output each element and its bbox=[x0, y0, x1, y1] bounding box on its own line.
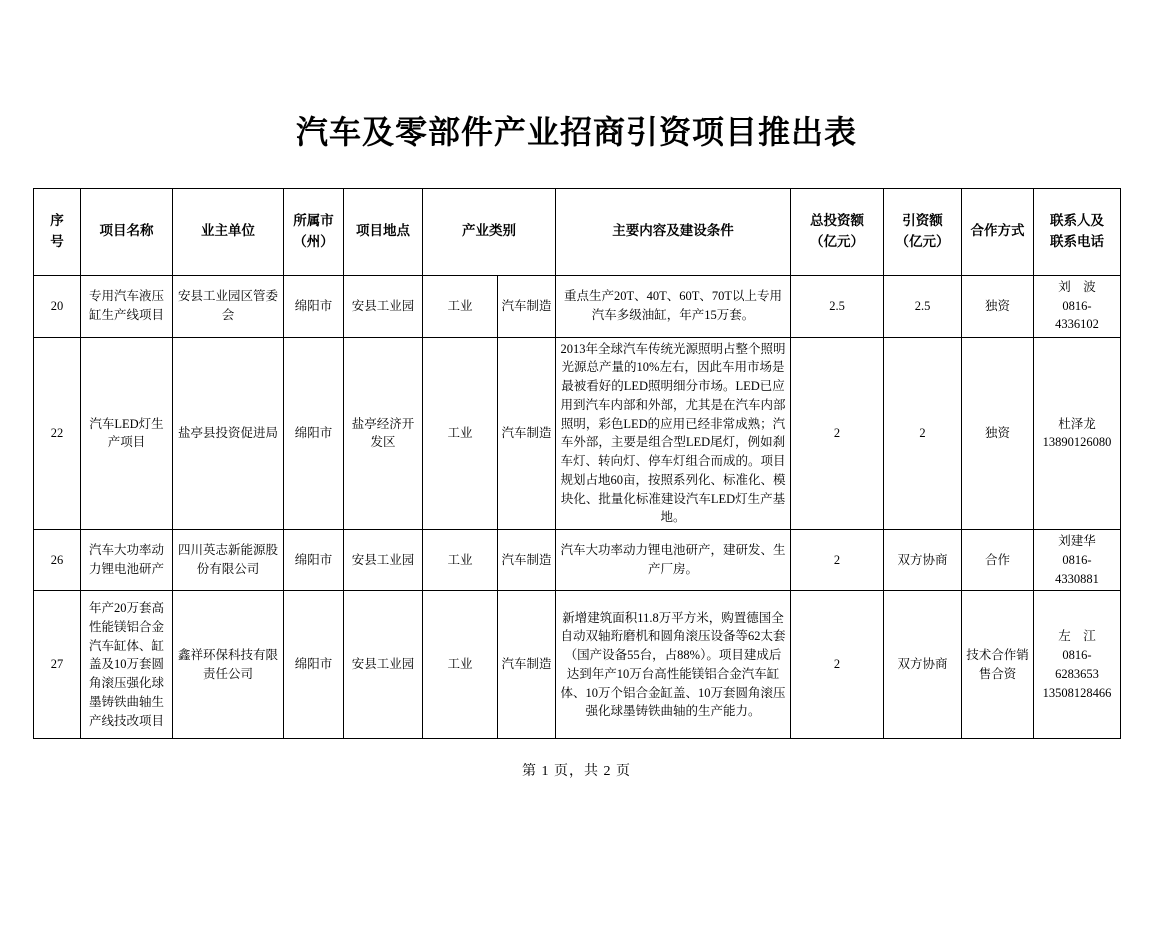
cell-project-name: 汽车大功率动力锂电池研产 bbox=[81, 530, 173, 591]
document-page: 汽车及零部件产业招商引资项目推出表 序 号 项目名称 业主单位 所属市 （州） … bbox=[33, 112, 1120, 780]
cell-city: 绵阳市 bbox=[284, 337, 344, 530]
cell-industry-category: 工业 bbox=[423, 530, 498, 591]
cell-total-investment: 2 bbox=[791, 591, 884, 739]
cell-location: 安县工业园 bbox=[344, 275, 423, 337]
cell-main-content: 汽车大功率动力锂电池研产，建研发、生产厂房。 bbox=[556, 530, 791, 591]
cell-industry-sector: 汽车制造 bbox=[498, 337, 556, 530]
cell-owner-unit: 安县工业园区管委会 bbox=[173, 275, 284, 337]
cell-attracted-investment: 2.5 bbox=[884, 275, 962, 337]
table-row-project-27: 27 年产20万套高性能镁铝合金汽车缸体、缸盖及10万套圆角滚压强化球墨铸铁曲轴… bbox=[34, 591, 1121, 739]
header-main-content: 主要内容及建设条件 bbox=[556, 188, 791, 275]
table-header-row: 序 号 项目名称 业主单位 所属市 （州） 项目地点 产业类别 主要内容及建设条… bbox=[34, 188, 1121, 275]
cell-cooperation-method: 独资 bbox=[962, 337, 1034, 530]
cell-main-content: 新增建筑面积11.8万平方米，购置德国全自动双轴珩磨机和圆角滚压设备等62太套（… bbox=[556, 591, 791, 739]
cell-project-name: 汽车LED灯生产项目 bbox=[81, 337, 173, 530]
cell-industry-category: 工业 bbox=[423, 591, 498, 739]
cell-contact: 杜泽龙 13890126080 bbox=[1034, 337, 1121, 530]
cell-seq-no: 20 bbox=[34, 275, 81, 337]
cell-project-name: 专用汽车液压缸生产线项目 bbox=[81, 275, 173, 337]
cell-owner-unit: 鑫祥环保科技有限责任公司 bbox=[173, 591, 284, 739]
cell-cooperation-method: 合作 bbox=[962, 530, 1034, 591]
table-row-project-22: 22 汽车LED灯生产项目 盐亭县投资促进局 绵阳市 盐亭经济开发区 工业 汽车… bbox=[34, 337, 1121, 530]
cell-contact: 左 江 0816- 6283653 13508128466 bbox=[1034, 591, 1121, 739]
cell-cooperation-method: 独资 bbox=[962, 275, 1034, 337]
cell-seq-no: 22 bbox=[34, 337, 81, 530]
cell-owner-unit: 盐亭县投资促进局 bbox=[173, 337, 284, 530]
cell-city: 绵阳市 bbox=[284, 275, 344, 337]
cell-attracted-investment: 双方协商 bbox=[884, 530, 962, 591]
cell-location: 安县工业园 bbox=[344, 530, 423, 591]
header-project-name: 项目名称 bbox=[81, 188, 173, 275]
cell-city: 绵阳市 bbox=[284, 530, 344, 591]
header-total-investment: 总投资额 （亿元） bbox=[791, 188, 884, 275]
cell-total-investment: 2 bbox=[791, 530, 884, 591]
projects-table: 序 号 项目名称 业主单位 所属市 （州） 项目地点 产业类别 主要内容及建设条… bbox=[33, 188, 1121, 740]
header-attracted-investment: 引资额 （亿元） bbox=[884, 188, 962, 275]
header-seq-no: 序 号 bbox=[34, 188, 81, 275]
cell-contact: 刘 波 0816- 4336102 bbox=[1034, 275, 1121, 337]
cell-owner-unit: 四川英志新能源股份有限公司 bbox=[173, 530, 284, 591]
cell-industry-category: 工业 bbox=[423, 275, 498, 337]
cell-total-investment: 2 bbox=[791, 337, 884, 530]
header-owner-unit: 业主单位 bbox=[173, 188, 284, 275]
cell-industry-sector: 汽车制造 bbox=[498, 530, 556, 591]
cell-main-content: 2013年全球汽车传统光源照明占整个照明光源总产量的10%左右，因此车用市场是最… bbox=[556, 337, 791, 530]
header-contact: 联系人及 联系电话 bbox=[1034, 188, 1121, 275]
cell-industry-sector: 汽车制造 bbox=[498, 591, 556, 739]
page-title: 汽车及零部件产业招商引资项目推出表 bbox=[33, 112, 1120, 154]
cell-location: 安县工业园 bbox=[344, 591, 423, 739]
header-industry-category: 产业类别 bbox=[423, 188, 556, 275]
header-city: 所属市 （州） bbox=[284, 188, 344, 275]
cell-cooperation-method: 技术合作销售合资 bbox=[962, 591, 1034, 739]
cell-seq-no: 27 bbox=[34, 591, 81, 739]
cell-location: 盐亭经济开发区 bbox=[344, 337, 423, 530]
cell-total-investment: 2.5 bbox=[791, 275, 884, 337]
table-row-project-20: 20 专用汽车液压缸生产线项目 安县工业园区管委会 绵阳市 安县工业园 工业 汽… bbox=[34, 275, 1121, 337]
header-cooperation-method: 合作方式 bbox=[962, 188, 1034, 275]
cell-contact: 刘建华 0816- 4330881 bbox=[1034, 530, 1121, 591]
cell-project-name: 年产20万套高性能镁铝合金汽车缸体、缸盖及10万套圆角滚压强化球墨铸铁曲轴生产线… bbox=[81, 591, 173, 739]
page-number-footer: 第 1 页，共 2 页 bbox=[33, 760, 1120, 780]
cell-main-content: 重点生产20T、40T、60T、70T以上专用汽车多级油缸，年产15万套。 bbox=[556, 275, 791, 337]
header-location: 项目地点 bbox=[344, 188, 423, 275]
cell-attracted-investment: 双方协商 bbox=[884, 591, 962, 739]
cell-attracted-investment: 2 bbox=[884, 337, 962, 530]
cell-city: 绵阳市 bbox=[284, 591, 344, 739]
table-row-project-26: 26 汽车大功率动力锂电池研产 四川英志新能源股份有限公司 绵阳市 安县工业园 … bbox=[34, 530, 1121, 591]
cell-seq-no: 26 bbox=[34, 530, 81, 591]
cell-industry-sector: 汽车制造 bbox=[498, 275, 556, 337]
cell-industry-category: 工业 bbox=[423, 337, 498, 530]
